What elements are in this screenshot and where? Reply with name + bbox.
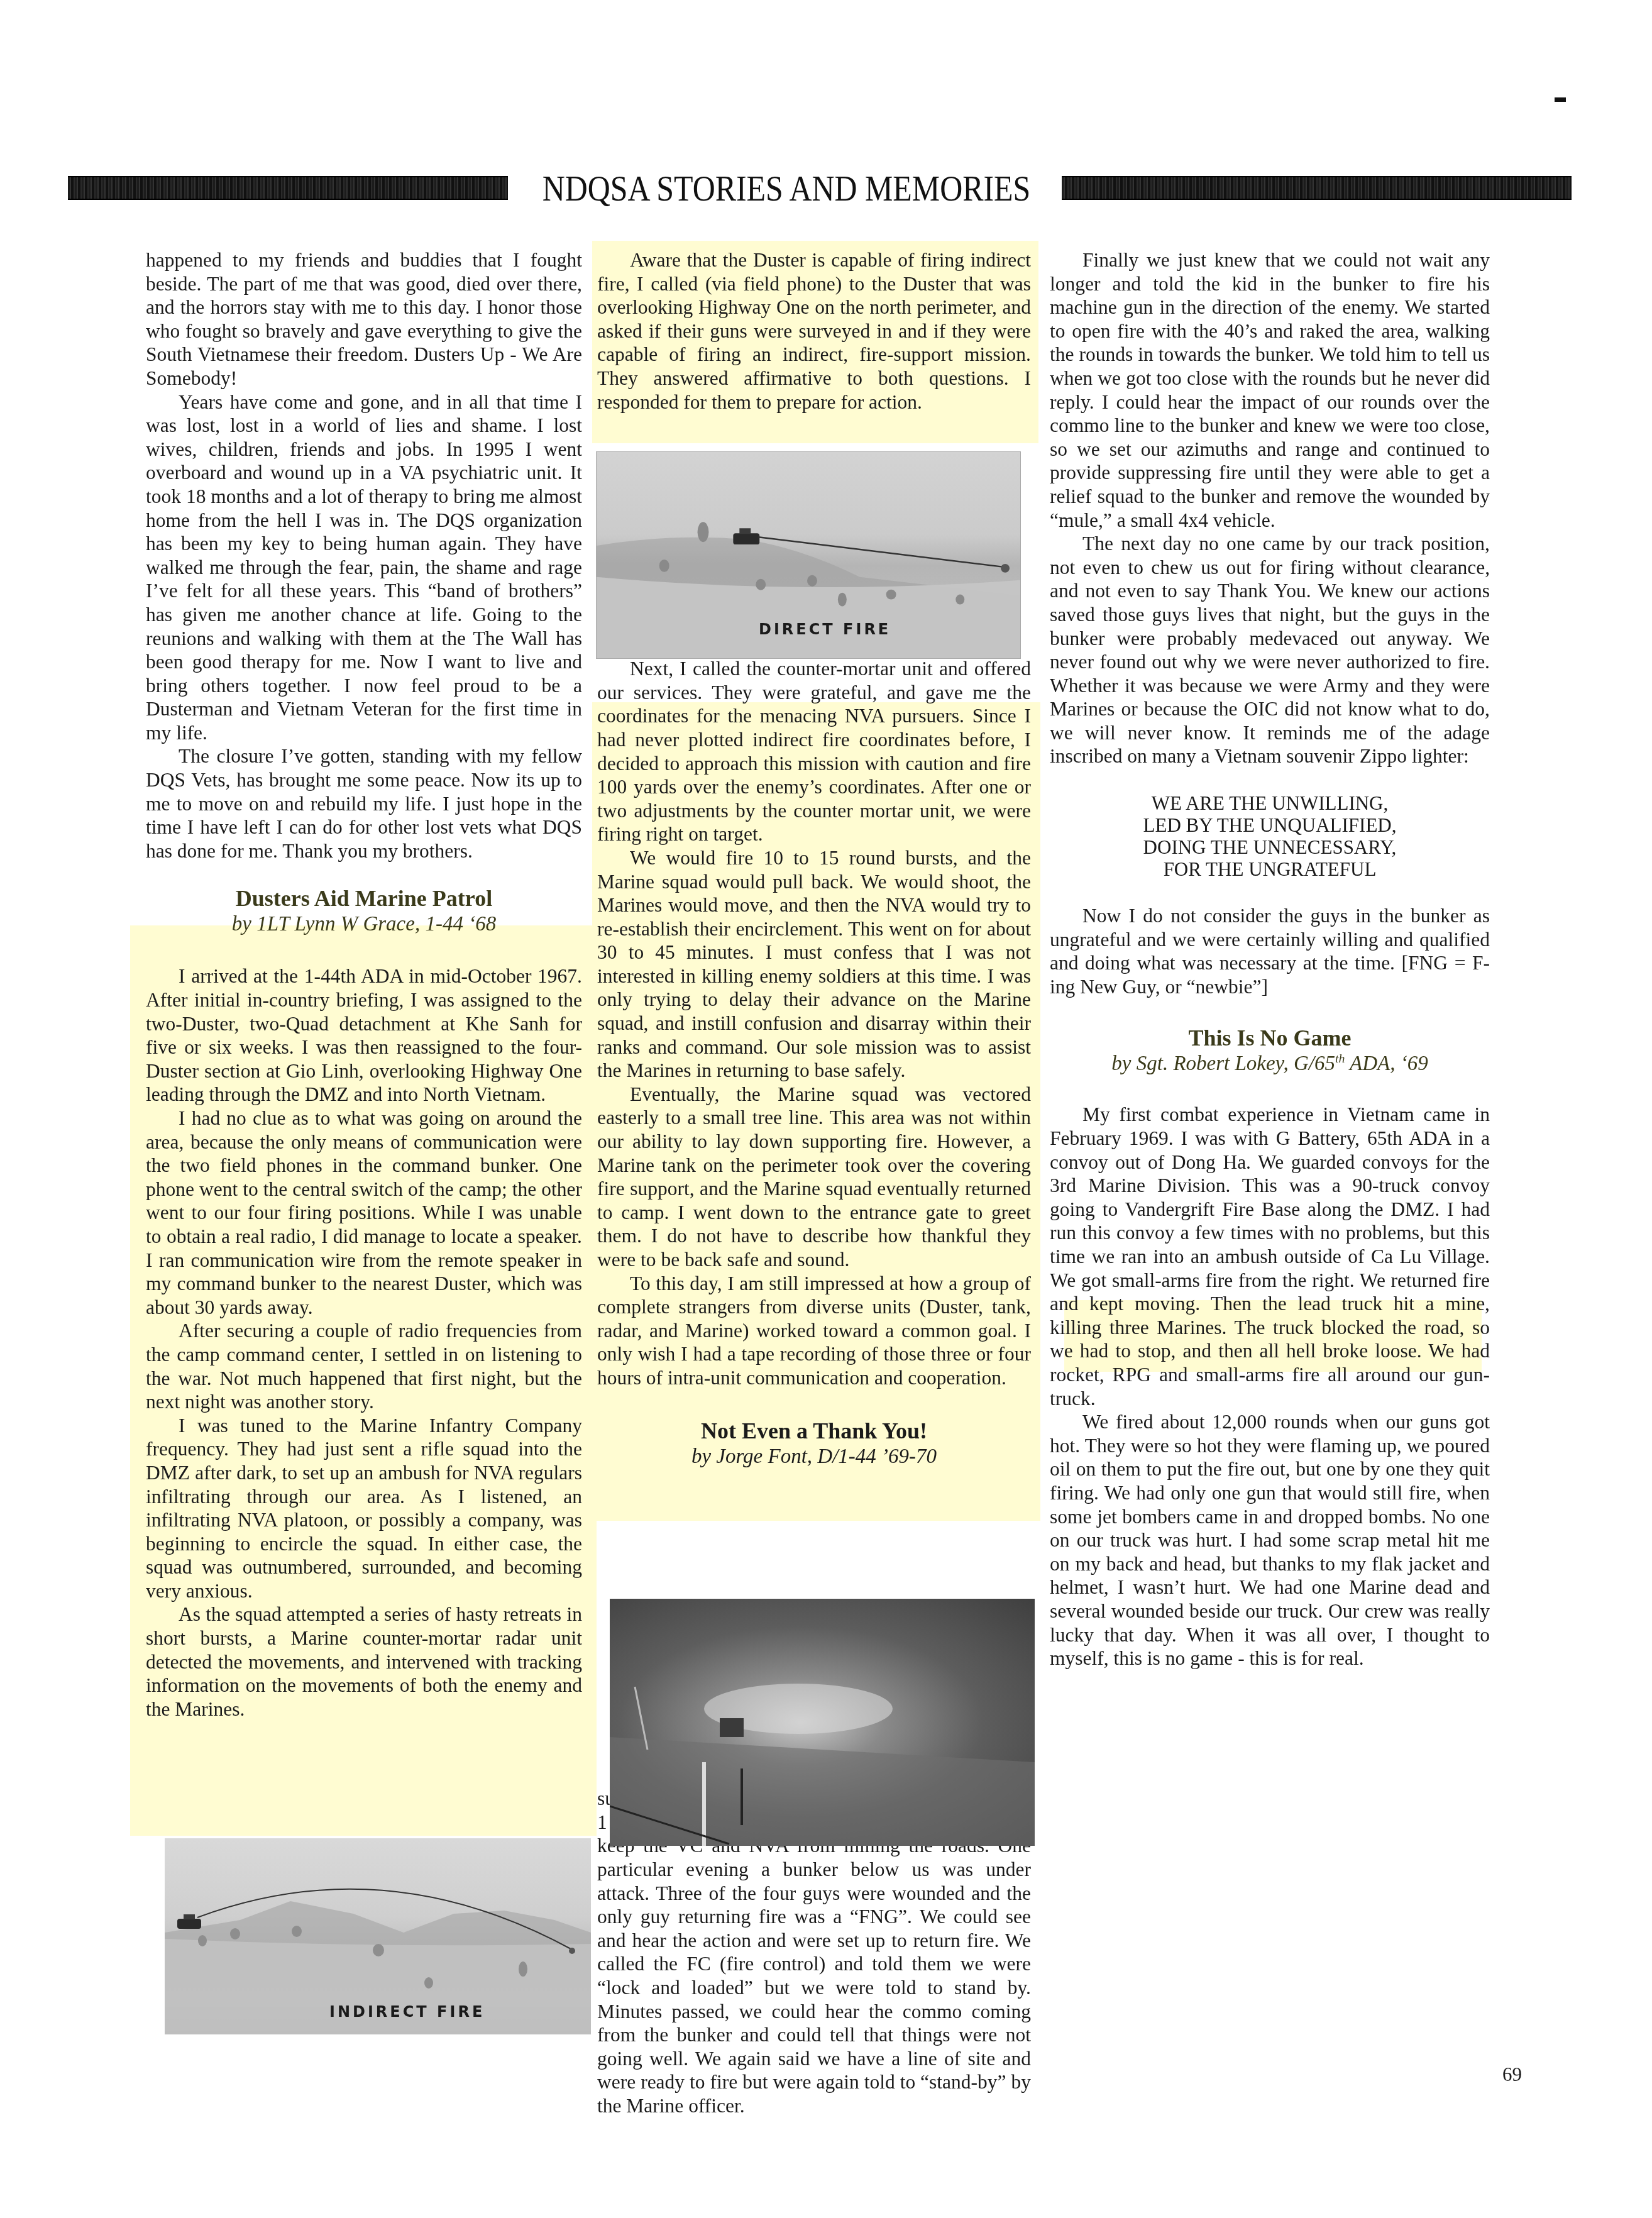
story1-paragraph: Aware that the Duster is capable of firi…	[597, 248, 1031, 414]
hai-van-pass-photo	[610, 1599, 1035, 1846]
article-paragraph: Years have come and gone, and in all tha…	[146, 390, 582, 745]
story1-paragraph: Next, I called the counter-mortar unit a…	[597, 657, 1031, 846]
adage-line: LED BY THE UNQUALIFIED,	[1050, 814, 1490, 836]
story1-paragraph: I arrived at the 1-44th ADA in mid-Octob…	[146, 964, 582, 1106]
header-bar-left	[68, 176, 508, 200]
story3-byline: by Sgt. Robert Lokey, G/65th ADA, ‘69	[1050, 1051, 1490, 1076]
adage-line: DOING THE UNNECESSARY,	[1050, 836, 1490, 858]
scan-mark	[1555, 97, 1566, 102]
story1-paragraph: I had no clue as to what was going on ar…	[146, 1106, 582, 1319]
story3-paragraph: We fired about 12,000 rounds when our gu…	[1050, 1410, 1490, 1670]
story1-paragraph: As the squad attempted a series of hasty…	[146, 1603, 582, 1721]
header-bar-right	[1062, 176, 1572, 200]
story2-closing: Now I do not consider the guys in the bu…	[1050, 904, 1490, 998]
story1-paragraph: I was tuned to the Marine Infantry Compa…	[146, 1414, 582, 1603]
story1-paragraph: We would fire 10 to 15 round bursts, and…	[597, 846, 1031, 1083]
story1-title: Dusters Aid Marine Patrol	[146, 885, 582, 912]
indirect-fire-caption: INDIRECT FIRE	[329, 2003, 485, 2021]
story2-title: Not Even a Thank You!	[597, 1418, 1031, 1444]
story3-paragraph: My first combat experience in Vietnam ca…	[1050, 1103, 1490, 1410]
story1-paragraph: Eventually, the Marine squad was vectore…	[597, 1083, 1031, 1272]
zippo-adage: WE ARE THE UNWILLING, LED BY THE UNQUALI…	[1050, 792, 1490, 880]
direct-fire-illustration: DIRECT FIRE	[596, 451, 1021, 659]
story1-byline: by 1LT Lynn W Grace, 1-44 ‘68	[146, 912, 582, 937]
page-number: 69	[1502, 2063, 1522, 2086]
story2-paragraph: The next day no one came by our track po…	[1050, 532, 1490, 768]
adage-line: FOR THE UNGRATEFUL	[1050, 858, 1490, 880]
article-paragraph: happened to my friends and buddies that …	[146, 248, 582, 390]
column-3: Finally we just knew that we could not w…	[1050, 248, 1490, 1670]
story1-paragraph: To this day, I am still impressed at how…	[597, 1272, 1031, 1390]
section-title: NDQSA STORIES AND MEMORIES	[531, 167, 1039, 209]
story2-paragraph: Finally we just knew that we could not w…	[1050, 248, 1490, 532]
direct-fire-caption: DIRECT FIRE	[759, 621, 891, 638]
adage-line: WE ARE THE UNWILLING,	[1050, 792, 1490, 814]
story3-title: This Is No Game	[1050, 1025, 1490, 1051]
column-1: happened to my friends and buddies that …	[146, 248, 582, 1721]
indirect-fire-illustration: INDIRECT FIRE	[165, 1838, 591, 2034]
story2-byline: by Jorge Font, D/1-44 ’69-70	[597, 1444, 1031, 1469]
article-paragraph: The closure I’ve gotten, standing with m…	[146, 744, 582, 863]
section-header: NDQSA STORIES AND MEMORIES	[68, 168, 1572, 207]
story1-paragraph: After securing a couple of radio frequen…	[146, 1319, 582, 1413]
photo-drawing	[610, 1599, 1035, 1846]
